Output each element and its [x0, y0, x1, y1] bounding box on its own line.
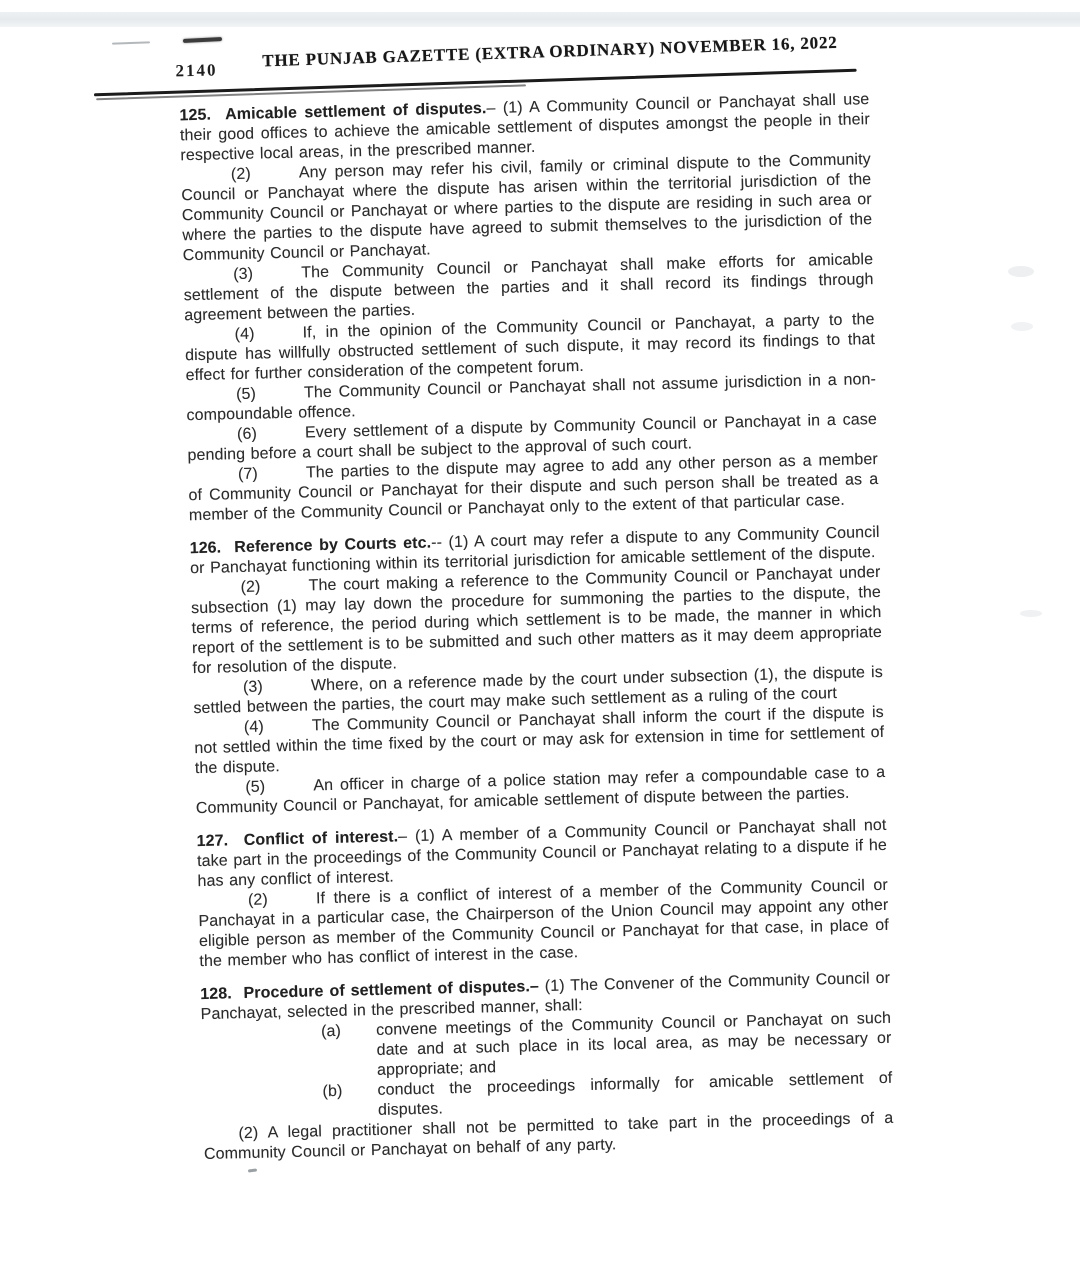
- section-2: 126. Reference by Courts etc.-- (1) A co…: [189, 523, 885, 819]
- subsection-number: (3): [233, 264, 301, 286]
- subsection-number: (4): [234, 323, 302, 345]
- section-heading: 127. Conflict of interest.: [196, 828, 398, 850]
- trailing-paragraph: (2) A legal practitioner shall not be pe…: [203, 1109, 894, 1165]
- subsection-number: (3): [243, 676, 311, 698]
- list-item-marker: (a): [321, 1021, 377, 1082]
- scan-edge-stripe: [0, 12, 1080, 27]
- subsection-paragraph: (2)Any person may refer his civil, famil…: [181, 150, 873, 266]
- scan-mark: [248, 1168, 257, 1172]
- section-heading: 126. Reference by Courts etc.: [190, 535, 432, 558]
- subsection-paragraph: (2)The court making a reference to the C…: [190, 563, 882, 679]
- scan-smudge: [1020, 610, 1042, 617]
- subsection-number: (2): [231, 164, 299, 186]
- subsection-number: (4): [244, 716, 312, 738]
- subsection-number: (2): [240, 576, 308, 598]
- list-item-marker: (b): [322, 1081, 378, 1122]
- scan-mark: [112, 41, 150, 44]
- section-1: 125. Amicable settlement of disputes.– (…: [179, 90, 879, 526]
- scan-mark: [183, 37, 222, 43]
- subsection-paragraph: (2)If there is a conflict of interest of…: [198, 876, 890, 972]
- subsection-number: (2): [248, 889, 316, 911]
- page-content: 2140 THE PUNJAB GAZETTE (EXTRA ORDINARY)…: [150, 35, 892, 1166]
- page-number: 2140: [175, 60, 217, 81]
- subsection-number: (5): [236, 383, 304, 405]
- subsection-number: (7): [238, 463, 306, 485]
- section-3: 127. Conflict of interest.– (1) A member…: [196, 816, 889, 972]
- document-body: 125. Amicable settlement of disputes.– (…: [179, 90, 894, 1165]
- scan-smudge: [1008, 266, 1034, 277]
- scan-smudge: [1011, 322, 1033, 331]
- subsection-number: (6): [237, 423, 305, 445]
- section-4: 128. Procedure of settlement of disputes…: [200, 969, 894, 1165]
- gazette-title: THE PUNJAB GAZETTE (EXTRA ORDINARY) NOVE…: [262, 33, 838, 72]
- subsection-number: (5): [245, 776, 313, 798]
